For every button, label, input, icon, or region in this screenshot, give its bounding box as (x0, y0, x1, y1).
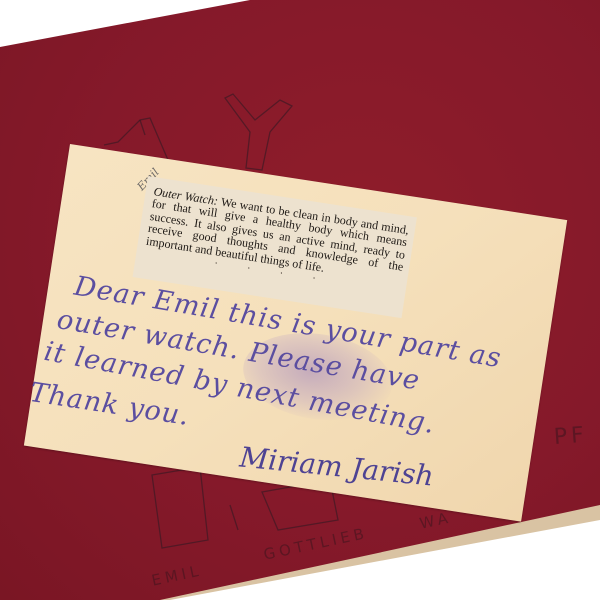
photo-scene: EMIL GOTTLIEB WA PF Emil Outer Watch: We… (0, 0, 600, 600)
stamp-pf: PF (553, 423, 589, 450)
clipping-body: We want to be clean in body and mind, fo… (145, 195, 410, 275)
